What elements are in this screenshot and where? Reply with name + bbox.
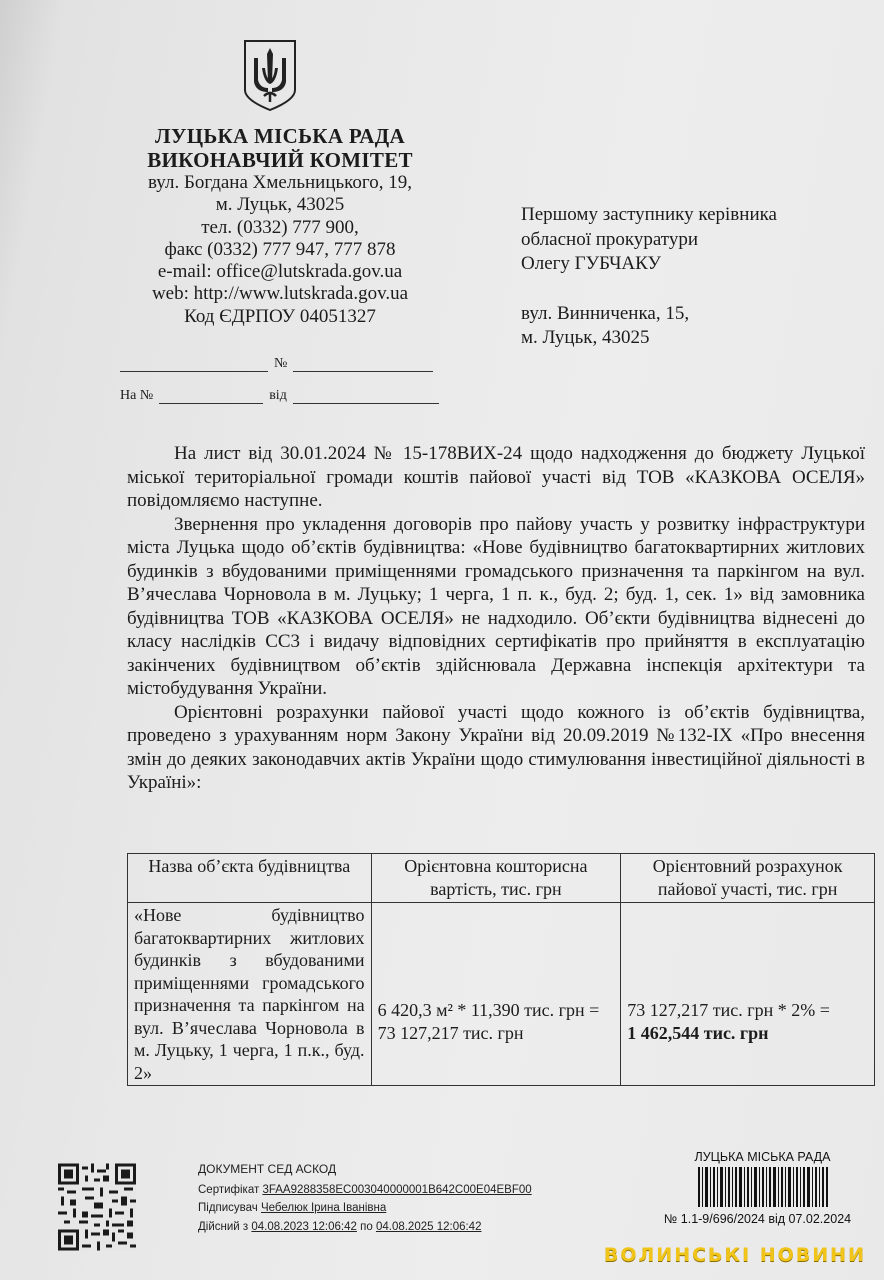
org-subdivision: ВИКОНАВЧИЙ КОМІТЕТ [100,148,460,172]
document-page: ЛУЦЬКА МІСЬКА РАДА ВИКОНАВЧИЙ КОМІТЕТ ву… [0,0,884,1280]
certificate-value: 3FAA9288358EC003040000001B642C00E04EBF00 [262,1184,531,1196]
addressee-position: Першому заступнику керівника [521,203,777,228]
valid-to-label: по [360,1221,373,1233]
validity-row: Дійсний з 04.08.2023 12:06:42 по 04.08.2… [198,1218,532,1237]
paragraph-appeal: Звернення про укладення договорів про па… [127,513,865,701]
electronic-signature-block: ДОКУМЕНТ СЕД АСКОД Сертифікат 3FAA928835… [198,1160,532,1236]
org-name: ЛУЦЬКА МІСЬКА РАДА [100,124,460,148]
registration-number: № 1.1-9/696/2024 від 07.02.2024 [650,1212,865,1226]
ukraine-trident-icon [242,38,298,112]
addressee-name: Олегу ГУБЧАКУ [521,252,777,277]
signer-label: Підписувач [198,1202,258,1214]
incoming-number-label: На № [120,388,159,404]
valid-from-value: 04.08.2023 12:06:42 [251,1221,357,1233]
publisher-watermark: ВОЛИНСЬКІ НОВИНИ [604,1244,866,1266]
signer-row: Підписувач Чебелюк Ірина Іванівна [198,1199,532,1218]
org-phone: тел. (0332) 777 900, [100,217,460,239]
column-header-object: Назва об’єкта будівництва [128,854,372,903]
qr-code-icon [58,1163,136,1251]
column-header-cost: Орієнтовна кошторисна вартість, тис. грн [371,854,621,903]
valid-to-value: 04.08.2025 12:06:42 [376,1221,482,1233]
org-email: e-mail: office@lutskrada.gov.ua [100,261,460,283]
certificate-row: Сертифікат 3FAA9288358EC003040000001B642… [198,1181,532,1200]
registration-stamp: ЛУЦЬКА МІСЬКА РАДА № 1.1-9/696/2024 від … [660,1150,865,1226]
organization-header: ЛУЦЬКА МІСЬКА РАДА ВИКОНАВЧИЙ КОМІТЕТ ву… [100,124,460,328]
barcode-icon [698,1167,828,1207]
org-fax: факс (0332) 777 947, 777 878 [100,239,460,261]
incoming-date-label: від [263,388,293,404]
addressee-street: вул. Винниченка, 15, [521,302,777,327]
signer-value: Чебелюк Ірина Іванівна [261,1202,386,1214]
ref-number-label: № [268,356,293,372]
org-edrpou: Код ЄДРПОУ 04051327 [100,306,460,328]
incoming-number-blank [159,387,263,404]
certificate-label: Сертифікат [198,1184,259,1196]
paragraph-intro: На лист від 30.01.2024 № 15-178ВИХ-24 що… [127,442,865,513]
table-row: «Нове будівництво багатоквартирних житло… [128,903,875,1086]
cost-result: 73 127,217 тис. грн [378,1022,615,1045]
incoming-date-blank [293,387,439,404]
share-formula: 73 127,217 тис. грн * 2% = [627,999,868,1022]
share-participation-table: Назва об’єкта будівництва Орієнтовна кош… [127,853,875,1086]
addressee-block: Першому заступнику керівника обласної пр… [521,203,777,351]
table-header-row: Назва об’єкта будівництва Орієнтовна кош… [128,854,875,903]
org-address-street: вул. Богдана Хмельницького, 19, [100,172,460,194]
addressee-institution: обласної прокуратури [521,228,777,253]
column-header-share: Орієнтовний розрахунок пайової участі, т… [621,854,875,903]
addressee-city: м. Луцьк, 43025 [521,326,777,351]
outgoing-date-blank [120,355,268,372]
outgoing-number-blank [293,355,433,372]
org-address-city: м. Луцьк, 43025 [100,194,460,216]
outgoing-reference-block: № На № від [120,350,440,414]
paragraph-calculation: Орієнтовні розрахунки пайової участі щод… [127,701,865,795]
letter-body: На лист від 30.01.2024 № 15-178ВИХ-24 що… [127,442,865,795]
cell-estimated-cost: 6 420,3 м² * 11,390 тис. грн = 73 127,21… [371,903,621,1086]
cell-share-calculation: 73 127,217 тис. грн * 2% = 1 462,544 тис… [621,903,875,1086]
sed-title: ДОКУМЕНТ СЕД АСКОД [198,1160,532,1179]
cell-object-name: «Нове будівництво багатоквартирних житло… [128,903,372,1086]
stamp-org: ЛУЦЬКА МІСЬКА РАДА [660,1150,865,1164]
valid-from-label: Дійсний з [198,1221,248,1233]
share-result: 1 462,544 тис. грн [627,1022,868,1045]
org-web: web: http://www.lutskrada.gov.ua [100,283,460,305]
cost-formula: 6 420,3 м² * 11,390 тис. грн = [378,999,615,1022]
